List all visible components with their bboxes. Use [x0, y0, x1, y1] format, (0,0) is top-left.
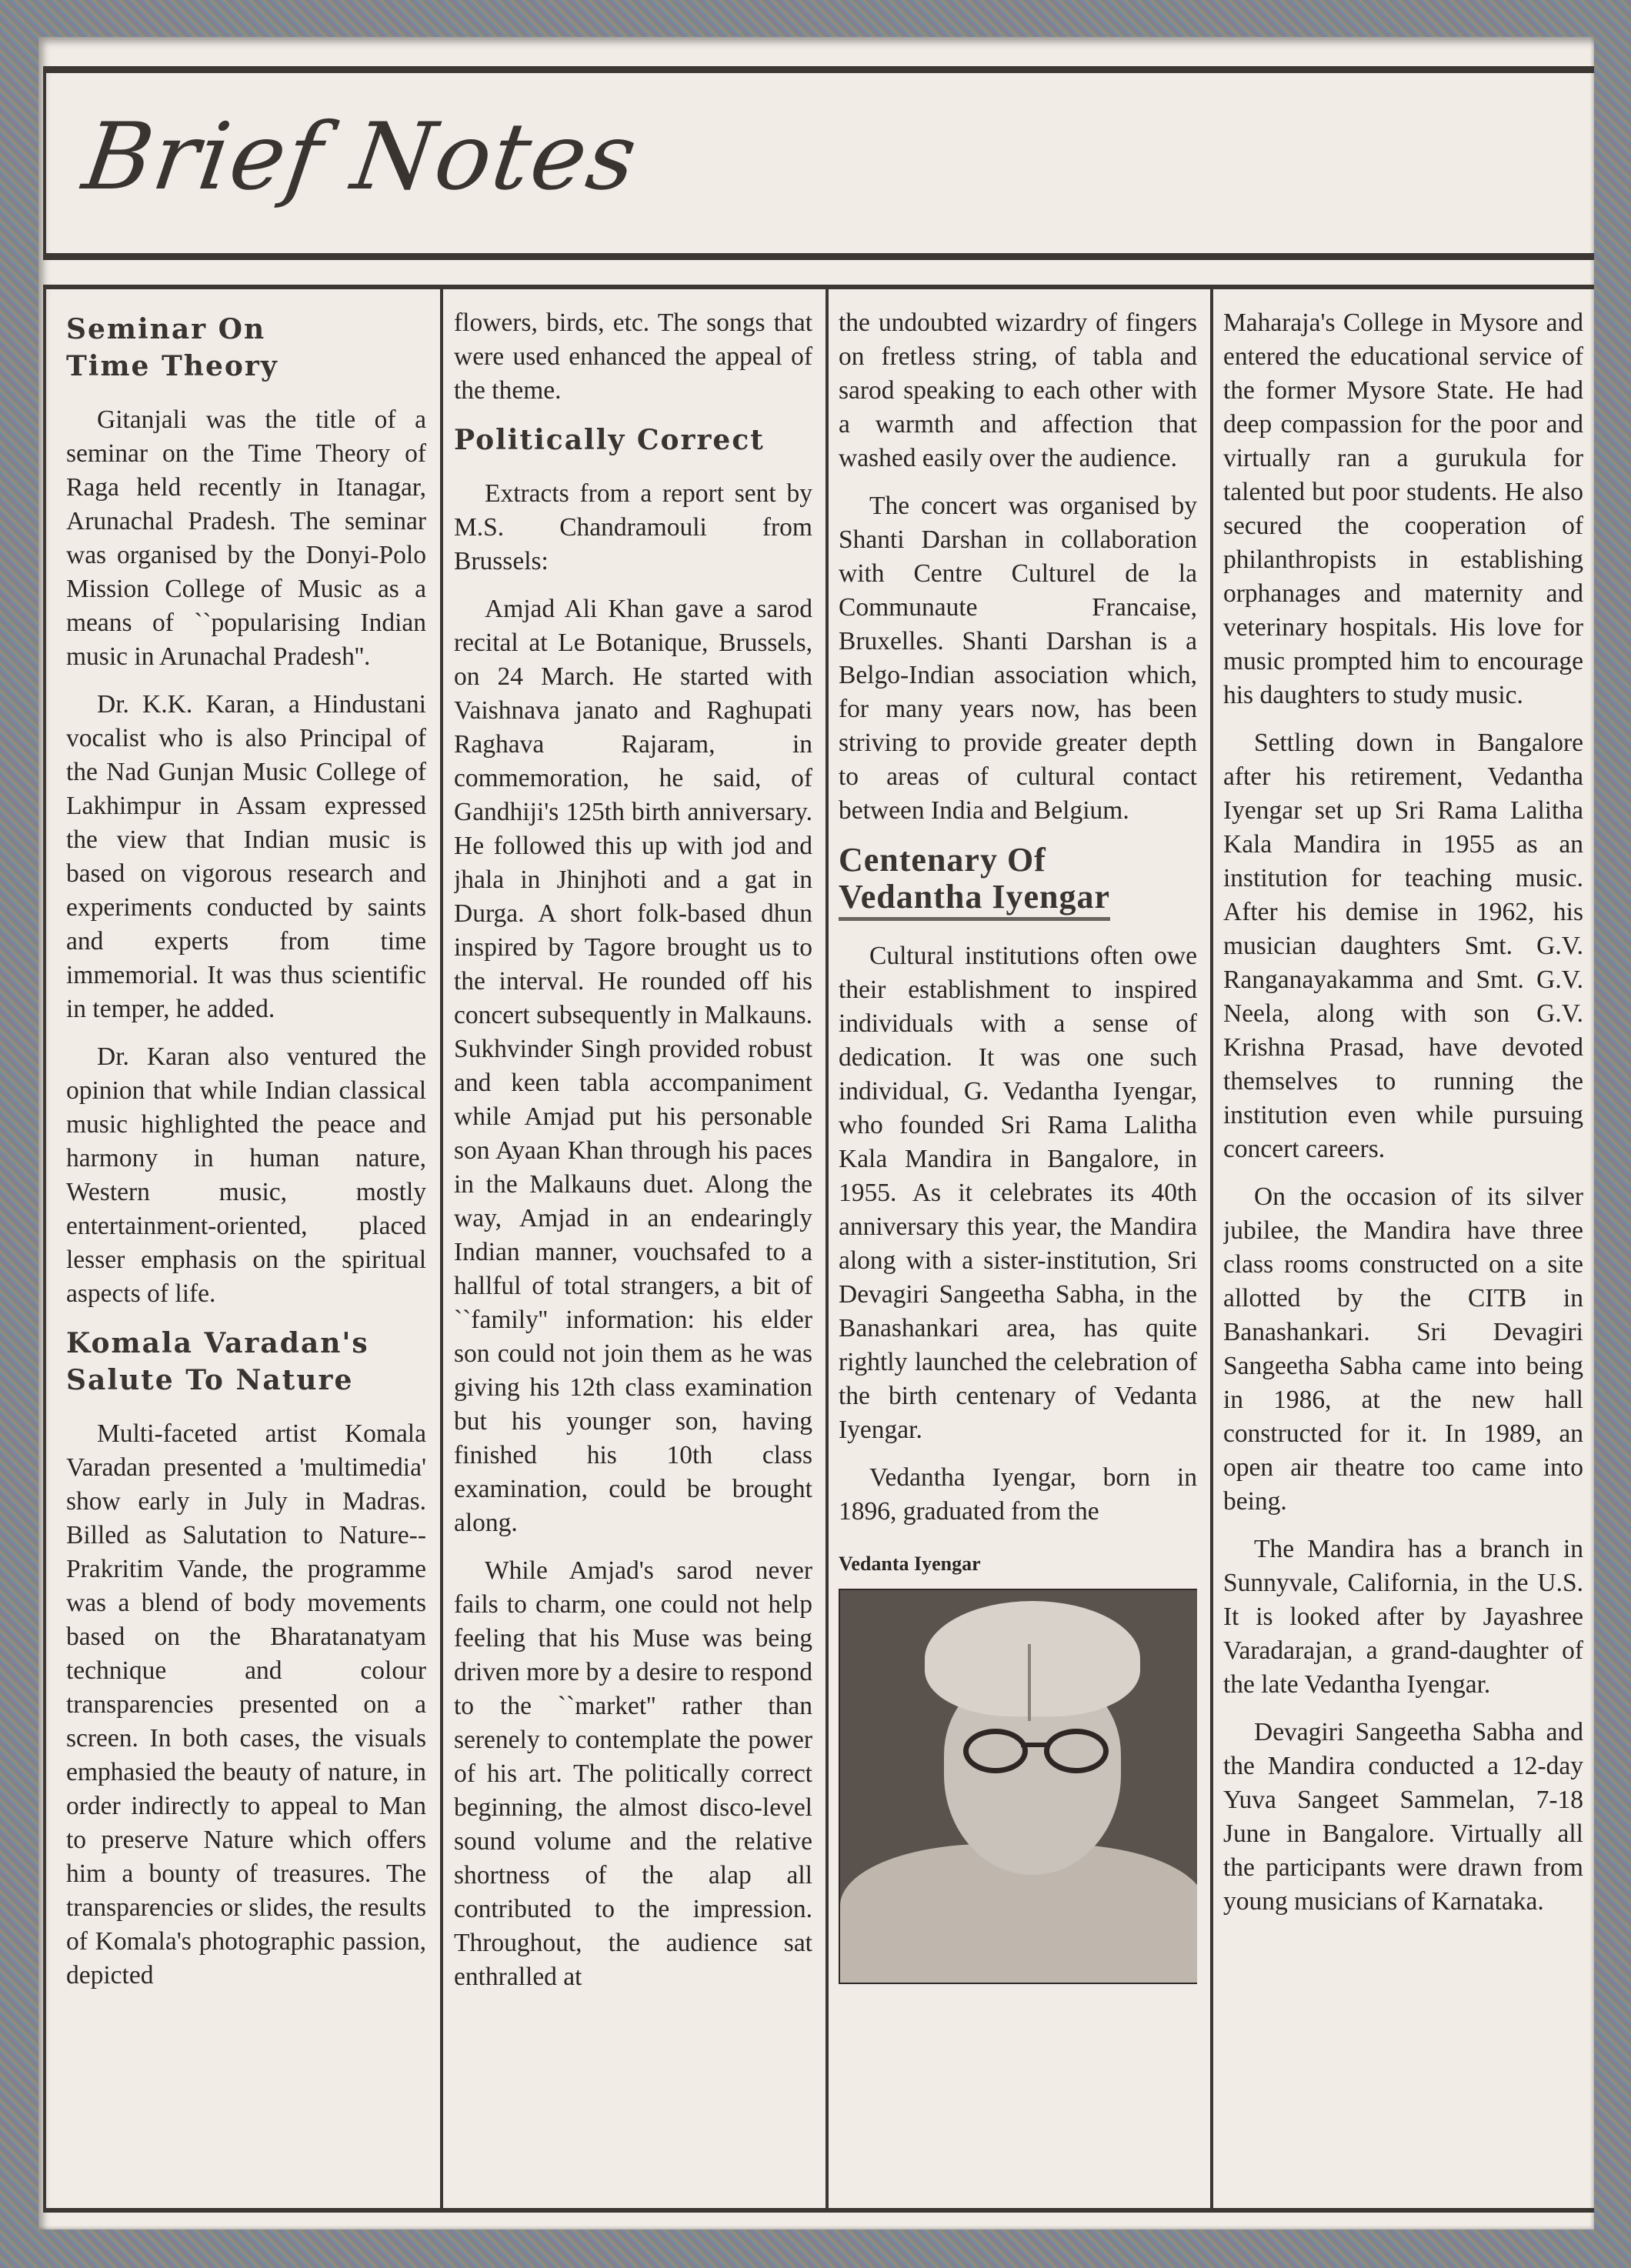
section-headline: Centenary OfVedantha Iyengar [839, 842, 1197, 921]
section-headline: Politically Correct [454, 422, 812, 459]
photo-caption: Vedanta Iyengar [839, 1547, 1197, 1581]
article-paragraph: Gitanjali was the title of a seminar on … [66, 403, 426, 674]
page-title: Brief Notes [77, 104, 644, 211]
article-paragraph: Settling down in Bangalore after his ret… [1223, 726, 1583, 1166]
article-paragraph: Amjad Ali Khan gave a sarod recital at L… [454, 592, 812, 1540]
spectacles-icon [963, 1729, 1028, 1773]
article-paragraph: The concert was organised by Shanti Dars… [839, 489, 1197, 828]
article-paragraph: Cultural institutions often owe their es… [839, 939, 1197, 1447]
headline-line: Vedantha Iyengar [839, 879, 1110, 921]
header-box: Brief Notes [43, 66, 1594, 260]
article-paragraph: While Amjad's sarod never fails to charm… [454, 1554, 812, 1994]
column-divider [1210, 289, 1213, 2208]
spectacles-bridge [1021, 1743, 1047, 1747]
photo-forehead-mark [1028, 1644, 1031, 1721]
article-columns: Seminar OnTime TheoryGitanjali was the t… [43, 285, 1594, 2213]
headline-line: Time Theory [66, 348, 426, 385]
article-paragraph: Maharaja's College in Mysore and entered… [1223, 306, 1583, 712]
article-paragraph: The Mandira has a branch in Sunnyvale, C… [1223, 1533, 1583, 1702]
article-paragraph: Dr. K.K. Karan, a Hindustani vocalist wh… [66, 688, 426, 1026]
article-paragraph: Devagiri Sangeetha Sabha and the Mandira… [1223, 1716, 1583, 1919]
portrait-photo [839, 1589, 1197, 1984]
photo-turban [925, 1601, 1140, 1716]
column-1: Seminar OnTime TheoryGitanjali was the t… [66, 306, 426, 2200]
article-paragraph: Vedantha Iyengar, born in 1896, graduate… [839, 1461, 1197, 1529]
column-2: flowers, birds, etc. The songs that were… [454, 306, 812, 2200]
article-paragraph: flowers, birds, etc. The songs that were… [454, 306, 812, 408]
headline-line: Politically Correct [454, 422, 812, 459]
article-paragraph: Dr. Karan also ventured the opinion that… [66, 1040, 426, 1311]
headline-line: Komala Varadan's [66, 1325, 426, 1362]
column-4: Maharaja's College in Mysore and entered… [1223, 306, 1583, 2200]
column-divider [440, 289, 443, 2208]
headline-line: Centenary Of [839, 842, 1197, 879]
article-paragraph: Multi-faceted artist Komala Varadan pres… [66, 1417, 426, 1993]
spectacles-icon [1044, 1729, 1109, 1773]
article-paragraph: On the occasion of its silver jubilee, t… [1223, 1180, 1583, 1519]
column-divider [826, 289, 829, 2208]
article-paragraph: the undoubted wizardry of fingers on fre… [839, 306, 1197, 475]
headline-line: Salute To Nature [66, 1362, 426, 1399]
article-paragraph: Extracts from a report sent by M.S. Chan… [454, 477, 812, 579]
section-headline: Komala Varadan'sSalute To Nature [66, 1325, 426, 1399]
headline-line: Seminar On [66, 311, 426, 348]
section-headline: Seminar OnTime Theory [66, 311, 426, 385]
column-3: the undoubted wizardry of fingers on fre… [839, 306, 1197, 2200]
